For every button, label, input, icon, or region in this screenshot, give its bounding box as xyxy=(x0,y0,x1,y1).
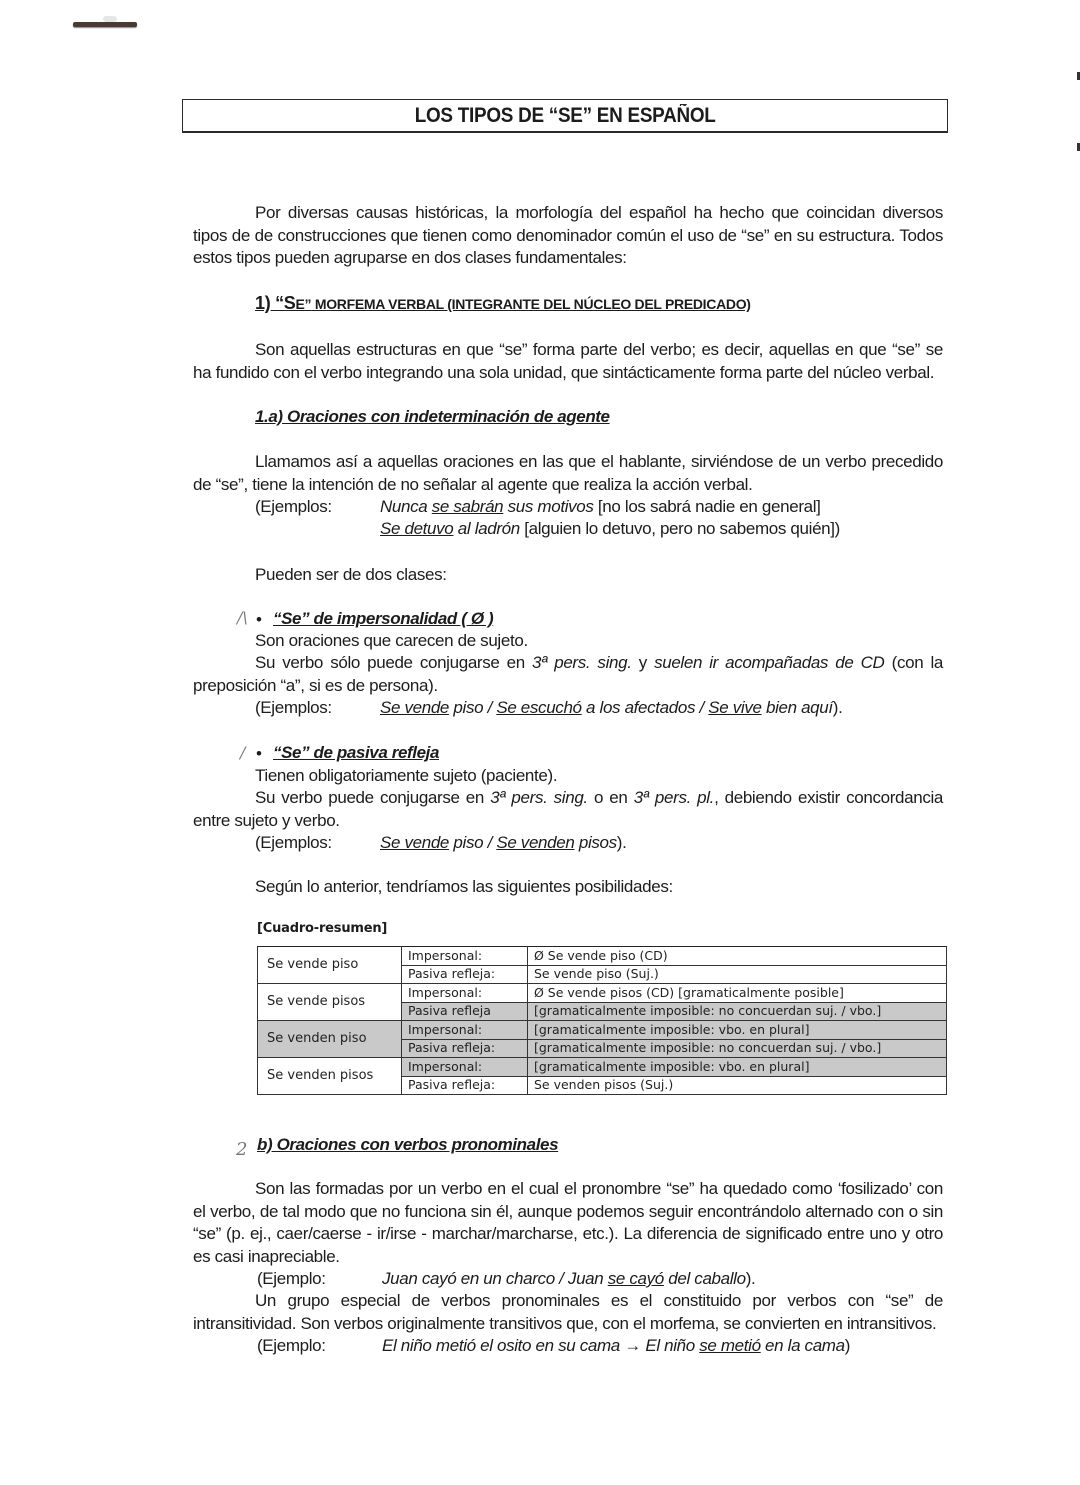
intransitive-paragraph: Un grupo especial de verbos pronominales… xyxy=(193,1290,943,1335)
group-cell: Se vende pisos xyxy=(258,984,402,1021)
text: Su verbo sólo puede conjugarse en xyxy=(255,653,532,672)
type-cell: Impersonal: xyxy=(402,984,528,1003)
table-row: Se venden pisosImpersonal:[gramaticalmen… xyxy=(258,1058,947,1077)
section-1a-paragraph: Llamamos así a aquellas oraciones en las… xyxy=(193,451,943,496)
impersonal-heading: “Se” de impersonalidad ( Ø ) xyxy=(273,609,493,629)
heading-part: 1) “S xyxy=(255,293,296,313)
example-underlined: se metió xyxy=(699,1336,760,1355)
example-line: (Ejemplos:Nunca se sabrán sus motivos [n… xyxy=(255,496,821,518)
pasiva-examples: (Ejemplos:Se vende piso / Se venden piso… xyxy=(255,832,626,854)
group-cell: Se vende piso xyxy=(258,947,402,984)
example-text: a los afectados / xyxy=(582,698,709,717)
classes-intro: Pueden ser de dos clases: xyxy=(255,564,447,586)
type-cell: Pasiva refleja: xyxy=(402,1076,528,1095)
value-cell: Ø Se vende pisos (CD) [gramaticalmente p… xyxy=(528,984,947,1003)
example-underlined: Se vive xyxy=(708,698,761,717)
section-1-paragraph: Son aquellas estructuras en que “se” for… xyxy=(193,339,943,384)
section-1b-text: Son las formadas por un verbo en el cual… xyxy=(193,1179,943,1266)
pasiva-paragraph: Su verbo puede conjugarse en 3ª pers. si… xyxy=(193,787,943,832)
intransitive-text: Un grupo especial de verbos pronominales… xyxy=(193,1291,943,1333)
text-italic: 3ª pers. sing. xyxy=(532,653,632,672)
example-end: ). xyxy=(833,698,843,717)
section-1a-heading: 1.a) Oraciones con indeterminación de ag… xyxy=(255,407,610,427)
example-text: Nunca xyxy=(380,497,432,516)
example-end: ). xyxy=(617,833,627,852)
example-end: ) xyxy=(845,1336,850,1355)
pasiva-heading: “Se” de pasiva refleja xyxy=(273,743,439,763)
type-cell: Pasiva refleja xyxy=(402,1002,528,1021)
arrow-right-icon: → xyxy=(624,1336,641,1355)
example-label: (Ejemplo: xyxy=(257,1268,382,1290)
impersonal-paragraph: Su verbo sólo puede conjugarse en 3ª per… xyxy=(193,652,943,697)
example-underlined: Se venden xyxy=(496,833,574,852)
example-underlined: se sabrán xyxy=(432,497,504,516)
section-1-text: Son aquellas estructuras en que “se” for… xyxy=(193,340,943,382)
example-underlined: se cayó xyxy=(608,1269,664,1288)
example-note: [alguien lo detuvo, pero no sabemos quié… xyxy=(520,519,840,538)
table-caption: [Cuadro-resumen] xyxy=(257,921,387,936)
group-cell: Se venden piso xyxy=(258,1021,402,1058)
example-text: El niño xyxy=(641,1336,699,1355)
table-row: Se vende pisosImpersonal:Ø Se vende piso… xyxy=(258,984,947,1003)
example-underlined: Se vende xyxy=(380,698,449,717)
section-1b-paragraph: Son las formadas por un verbo en el cual… xyxy=(193,1178,943,1268)
examples-label: (Ejemplos: xyxy=(255,496,380,518)
table-row: Se venden pisoImpersonal:[gramaticalment… xyxy=(258,1021,947,1040)
value-cell: [gramaticalmente imposible: vbo. en plur… xyxy=(528,1021,947,1040)
example-text: El niño metió el osito en su cama xyxy=(382,1336,624,1355)
section-1b-heading: b) Oraciones con verbos pronominales xyxy=(257,1135,558,1155)
heading-part: E” xyxy=(296,296,312,312)
text-italic: suelen ir acompañadas de CD xyxy=(654,653,884,672)
example-text: del caballo xyxy=(664,1269,746,1288)
bullet-icon: • xyxy=(256,743,262,765)
title-box: LOS TIPOS DE “SE” EN ESPAÑOL xyxy=(182,99,948,133)
type-cell: Impersonal: xyxy=(402,1058,528,1077)
example-line: (Ejemplo:El niño metió el osito en su ca… xyxy=(257,1335,850,1357)
heading-part: MORFEMA VERBAL (INTEGRANTE DEL NÚCLEO DE… xyxy=(311,296,750,312)
value-cell: [gramaticalmente imposible: no concuerda… xyxy=(528,1039,947,1058)
value-cell: [gramaticalmente imposible: vbo. en plur… xyxy=(528,1058,947,1077)
value-cell: Ø Se vende piso (CD) xyxy=(528,947,947,966)
staple-mark xyxy=(73,22,137,27)
summary-table: Se vende pisoImpersonal:Ø Se vende piso … xyxy=(257,946,947,1095)
type-cell: Pasiva refleja: xyxy=(402,965,528,984)
text: y xyxy=(632,653,654,672)
text: Su verbo puede conjugarse en xyxy=(255,788,490,807)
example-text: en la cama xyxy=(761,1336,845,1355)
pasiva-line: Tienen obligatoriamente sujeto (paciente… xyxy=(255,765,557,787)
type-cell: Impersonal: xyxy=(402,1021,528,1040)
text-italic: 3ª pers. pl. xyxy=(634,788,714,807)
summary-intro: Según lo anterior, tendríamos las siguie… xyxy=(255,876,673,898)
intro-paragraph: Por diversas causas históricas, la morfo… xyxy=(193,202,943,270)
handwritten-margin-note: /\ xyxy=(237,608,248,627)
example-underlined: Se escuchó xyxy=(496,698,581,717)
example-text: sus motivos xyxy=(503,497,593,516)
example-end: ). xyxy=(746,1269,756,1288)
example-text: piso / xyxy=(449,698,496,717)
example-line: (Ejemplo:Juan cayó en un charco / Juan s… xyxy=(257,1268,755,1290)
bullet-icon: • xyxy=(256,609,262,631)
example-text: al ladrón xyxy=(453,519,519,538)
type-cell: Impersonal: xyxy=(402,947,528,966)
page-title: LOS TIPOS DE “SE” EN ESPAÑOL xyxy=(415,104,716,128)
example-line: Se detuvo al ladrón [alguien lo detuvo, … xyxy=(380,518,840,540)
value-cell: Se venden pisos (Suj.) xyxy=(528,1076,947,1095)
handwritten-margin-note: / xyxy=(240,743,245,762)
example-underlined: Se detuvo xyxy=(380,519,453,538)
text: o en xyxy=(588,788,634,807)
value-cell: Se vende piso (Suj.) xyxy=(528,965,947,984)
examples-label: (Ejemplos: xyxy=(255,697,380,719)
example-text: bien aquí xyxy=(762,698,833,717)
table-row: Se vende pisoImpersonal:Ø Se vende piso … xyxy=(258,947,947,966)
text-italic: 3ª pers. sing. xyxy=(490,788,588,807)
handwritten-margin-note: 2 xyxy=(236,1139,247,1160)
example-underlined: Se vende xyxy=(380,833,449,852)
examples-label: (Ejemplos: xyxy=(255,832,380,854)
example-text: piso / xyxy=(449,833,496,852)
value-cell: [gramaticalmente imposible: no concuerda… xyxy=(528,1002,947,1021)
example-label: (Ejemplo: xyxy=(257,1335,382,1357)
section-1-heading: 1) “SE” MORFEMA VERBAL (INTEGRANTE DEL N… xyxy=(255,293,751,314)
section-1a-text: Llamamos así a aquellas oraciones en las… xyxy=(193,452,943,494)
impersonal-line: Son oraciones que carecen de sujeto. xyxy=(255,630,528,652)
example-note: [no los sabrá nadie en general] xyxy=(594,497,821,516)
intro-text: Por diversas causas históricas, la morfo… xyxy=(193,203,943,267)
impersonal-examples: (Ejemplos:Se vende piso / Se escuchó a l… xyxy=(255,697,842,719)
example-text: Juan cayó en un charco / Juan xyxy=(382,1269,608,1288)
example-text: pisos xyxy=(574,833,616,852)
group-cell: Se venden pisos xyxy=(258,1058,402,1095)
type-cell: Pasiva refleja: xyxy=(402,1039,528,1058)
